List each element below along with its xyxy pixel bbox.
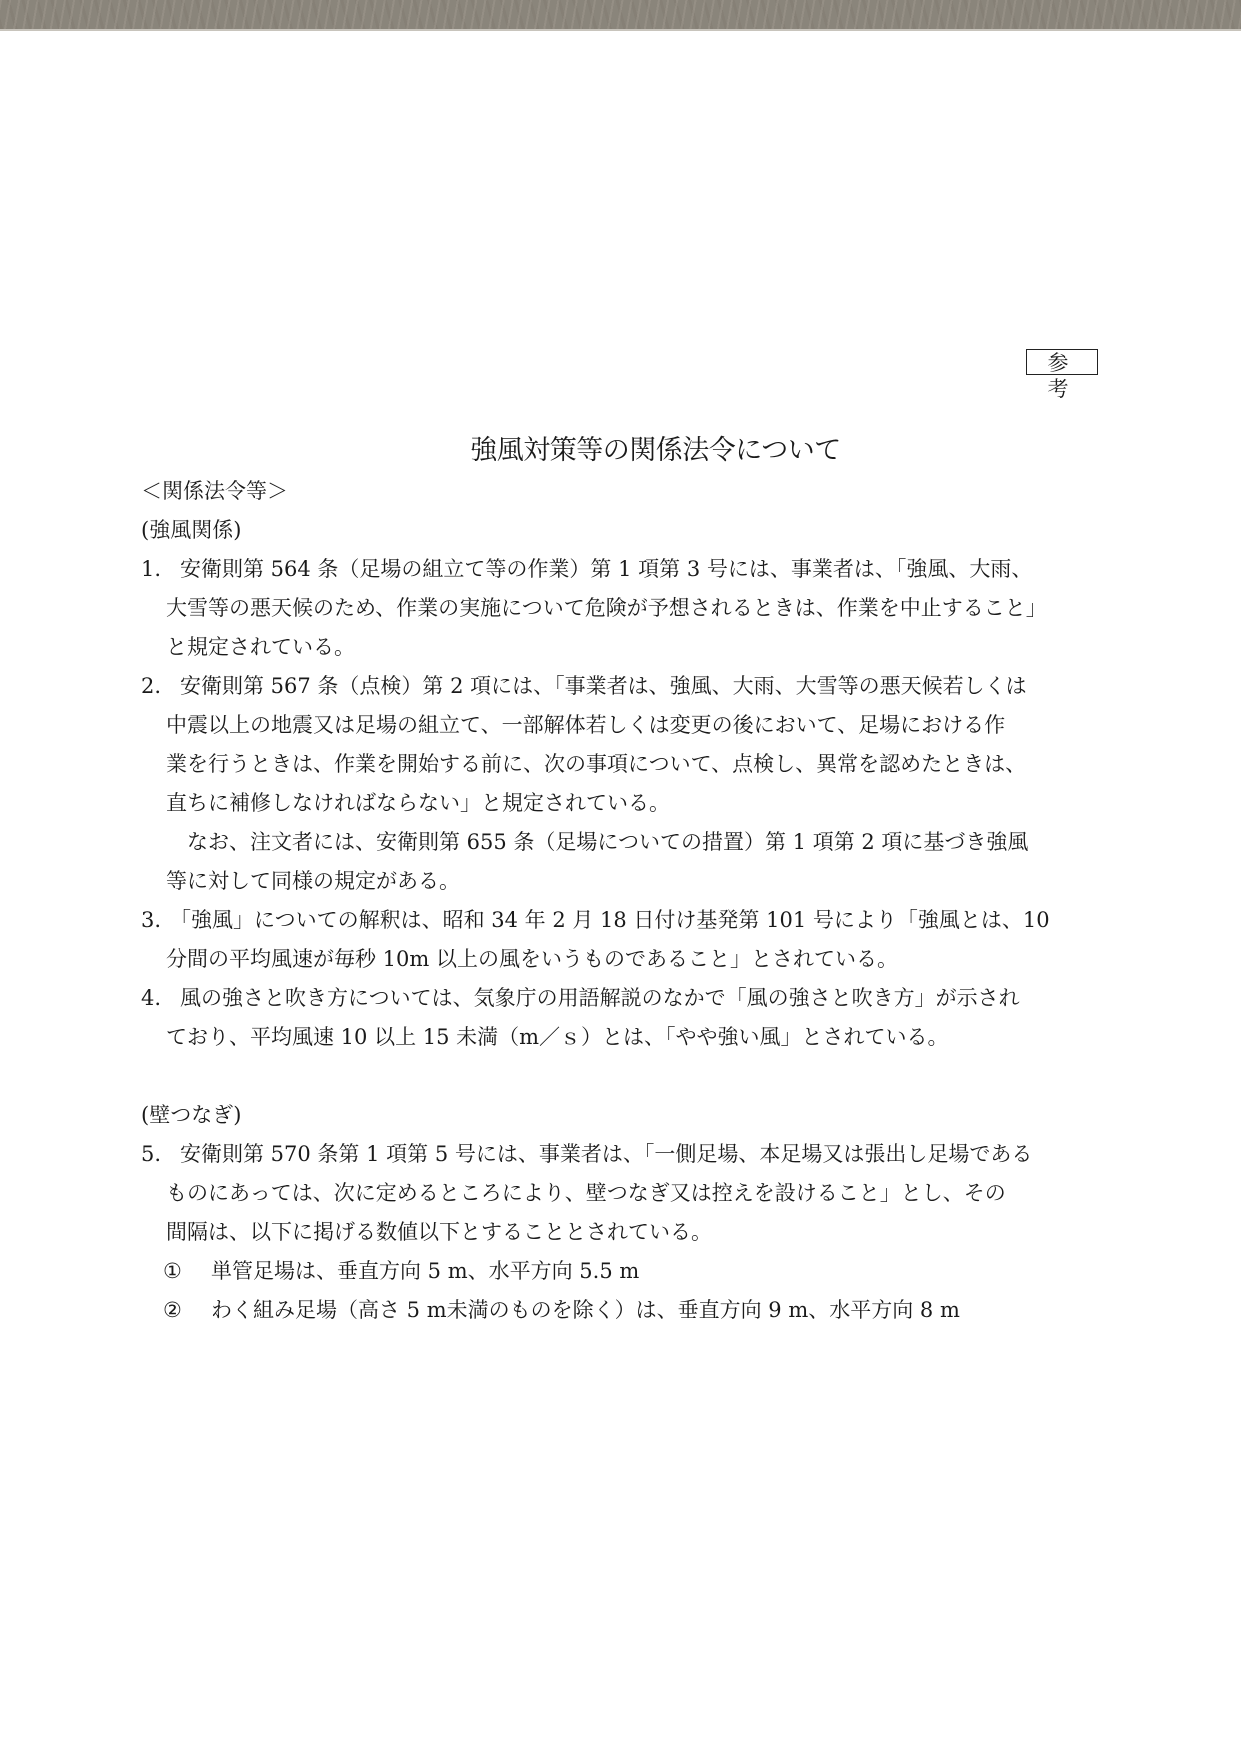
item-note-line: 等に対して同様の規定がある。 — [166, 862, 1101, 901]
item-line: と規定されている。 — [166, 628, 1101, 667]
group-heading-wall-ties: (壁つなぎ) — [141, 1096, 1101, 1135]
item-line: 間隔は、以下に掲げる数値以下とすることとされている。 — [166, 1213, 1101, 1252]
document-title: 強風対策等の関係法令について — [0, 428, 1241, 467]
circled-number-marker: ① — [163, 1252, 182, 1291]
sub-item-2: ② わく組み足場（高さ 5 m未満のものを除く）は、垂直方向 9 m、水平方向 … — [141, 1291, 1101, 1330]
item-number: 4. — [141, 979, 161, 1018]
circled-number-marker: ② — [163, 1291, 182, 1330]
group-heading-strong-wind: (強風関係) — [141, 511, 1101, 550]
item-line: 「強風」についての解釈は、昭和 34 年 2 月 18 日付け基発第 101 号… — [166, 901, 1101, 940]
sub-item-text: わく組み足場（高さ 5 m未満のものを除く）は、垂直方向 9 m、水平方向 8 … — [211, 1298, 960, 1322]
item-number: 1. — [141, 550, 161, 589]
item-line: 風の強さと吹き方については、気象庁の用語解説のなかで「風の強さと吹き方」が示され — [166, 979, 1101, 1018]
list-item-1: 1. 安衛則第 564 条（足場の組立て等の作業）第 1 項第 3 号には、事業… — [141, 550, 1101, 667]
item-number: 3. — [141, 901, 161, 940]
decorative-header-band — [0, 0, 1241, 31]
item-line: 業を行うときは、作業を開始する前に、次の事項について、点検し、異常を認めたときは… — [166, 745, 1101, 784]
item-line: 安衛則第 567 条（点検）第 2 項には、「事業者は、強風、大雨、大雪等の悪天… — [166, 667, 1101, 706]
list-item-3: 3. 「強風」についての解釈は、昭和 34 年 2 月 18 日付け基発第 10… — [141, 901, 1101, 979]
item-number: 5. — [141, 1135, 161, 1174]
item-line: 直ちに補修しなければならない」と規定されている。 — [166, 784, 1101, 823]
sub-item-text: 単管足場は、垂直方向 5 m、水平方向 5.5 m — [211, 1259, 639, 1283]
item-line: 安衛則第 570 条第 1 項第 5 号には、事業者は、「一側足場、本足場又は張… — [166, 1135, 1101, 1174]
list-item-5: 5. 安衛則第 570 条第 1 項第 5 号には、事業者は、「一側足場、本足場… — [141, 1135, 1101, 1252]
reference-label: 参 考 — [1048, 351, 1083, 401]
item-note-line: なお、注文者には、安衛則第 655 条（足場についての措置）第 1 項第 2 項… — [166, 823, 1101, 862]
sub-item-1: ① 単管足場は、垂直方向 5 m、水平方向 5.5 m — [141, 1252, 1101, 1291]
item-line: 分間の平均風速が毎秒 10m 以上の風をいうものであること」とされている。 — [166, 940, 1101, 979]
item-line: ており、平均風速 10 以上 15 未満（m／ｓ）とは、「やや強い風」とされてい… — [166, 1018, 1101, 1057]
reference-label-box: 参 考 — [1026, 349, 1098, 375]
section-heading: ＜関係法令等＞ — [141, 472, 1101, 511]
item-number: 2. — [141, 667, 161, 706]
item-line: ものにあっては、次に定めるところにより、壁つなぎ又は控えを設けること」とし、その — [166, 1174, 1101, 1213]
item-line: 大雪等の悪天候のため、作業の実施について危険が予想されるときは、作業を中止するこ… — [166, 589, 1101, 628]
spacer — [141, 1057, 1101, 1096]
item-line: 安衛則第 564 条（足場の組立て等の作業）第 1 項第 3 号には、事業者は、… — [166, 550, 1101, 589]
list-item-2: 2. 安衛則第 567 条（点検）第 2 項には、「事業者は、強風、大雨、大雪等… — [141, 667, 1101, 901]
item-line: 中震以上の地震又は足場の組立て、一部解体若しくは変更の後において、足場における作 — [166, 706, 1101, 745]
document-body: ＜関係法令等＞ (強風関係) 1. 安衛則第 564 条（足場の組立て等の作業）… — [141, 472, 1101, 1330]
list-item-4: 4. 風の強さと吹き方については、気象庁の用語解説のなかで「風の強さと吹き方」が… — [141, 979, 1101, 1057]
